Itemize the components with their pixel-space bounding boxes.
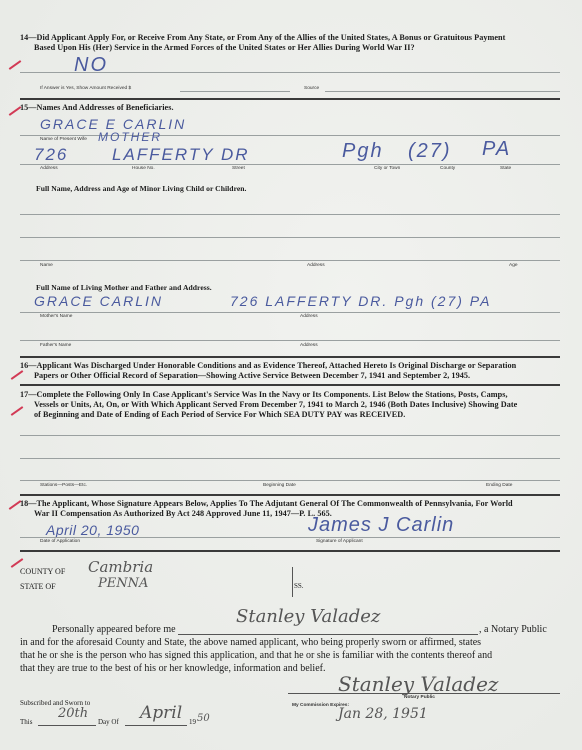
divider (20, 384, 560, 386)
notary-body-line: that he or she is the person who has sig… (20, 649, 565, 662)
q16-text: 16—Applicant Was Discharged Under Honora… (20, 361, 560, 381)
q17-line2: Vessels or Units, At, On, or With Which … (20, 400, 560, 410)
date-label: Date of Application (40, 539, 80, 544)
child-line (20, 237, 560, 238)
this-label: This (20, 718, 32, 726)
state-value: PENNA (98, 576, 148, 591)
county-label: County (440, 166, 455, 171)
street: LAFFERTY DR (112, 145, 250, 165)
source-field[interactable] (325, 91, 560, 92)
q17-line1: 17—Complete the Following Only In Case A… (20, 390, 508, 399)
address-line (20, 164, 560, 165)
city-label: City or Town (374, 166, 400, 171)
q14-line1: 14—Did Applicant Apply For, or Receive F… (20, 33, 505, 42)
service-line (20, 480, 560, 481)
child-line (20, 214, 560, 215)
q14-line2: Based Upon His (Her) Service in the Arme… (20, 43, 560, 53)
father-name-label: Father's Name (40, 343, 71, 348)
applicant-signature: James J Carlin (308, 514, 454, 537)
ss-label: SS. (294, 582, 304, 590)
state-label: STATE OF (20, 582, 56, 591)
notary-signature-line (288, 693, 560, 694)
q14-question: 14—Did Applicant Apply For, or Receive F… (20, 33, 560, 53)
child-address-label: Address (307, 263, 325, 268)
city: Pgh (342, 140, 384, 163)
ending-date-label: Ending Date (486, 483, 512, 488)
stations-label: Stations—Posts—Etc. (40, 483, 87, 488)
child-age-label: Age (509, 263, 518, 268)
notary-public-text: , a Notary Public (479, 623, 547, 636)
state: PA (482, 138, 511, 161)
day-value: 20th (58, 706, 88, 721)
day-of-label: Day Of (98, 718, 119, 726)
parents-title: Full Name of Living Mother and Father an… (36, 283, 212, 293)
beginning-date-label: Beginning Date (263, 483, 296, 488)
check-mark (9, 60, 22, 70)
date-of-application: April 20, 1950 (46, 522, 139, 538)
notary-body: in and for the aforesaid County and Stat… (20, 636, 565, 675)
q17-text: 17—Complete the Following Only In Case A… (20, 390, 560, 420)
house-number: 726 (34, 145, 68, 165)
q16-line1: 16—Applicant Was Discharged Under Honora… (20, 361, 516, 370)
form-page: 14—Did Applicant Apply For, or Receive F… (0, 0, 582, 750)
q18-line1: 18—The Applicant, Whose Signature Appear… (20, 499, 513, 508)
notary-name: Stanley Valadez (236, 606, 380, 627)
county-value: Cambria (88, 558, 153, 576)
month-line (125, 725, 187, 726)
county: (27) (408, 140, 452, 163)
mother-address: 726 LAFFERTY DR. Pgh (27) PA (230, 293, 491, 309)
divider (20, 98, 560, 100)
name-label: Name of Present Wife (40, 137, 87, 142)
signature-label: Signature of Applicant (316, 539, 363, 544)
children-title: Full Name, Address and Age of Minor Livi… (36, 184, 247, 194)
notary-body-line: in and for the aforesaid County and Stat… (20, 636, 565, 649)
appeared-before: Personally appeared before me (52, 623, 176, 636)
year-prefix: 19 (189, 718, 196, 726)
amount-label: If Answer is Yes, Show Amount Received $ (40, 86, 131, 91)
commission-value: Jan 28, 1951 (338, 706, 428, 722)
mother-address-label: Address (300, 314, 318, 319)
day-line (38, 725, 96, 726)
date-line (20, 537, 560, 538)
child-line (20, 260, 560, 261)
service-line (20, 435, 560, 436)
year-value: 50 (197, 713, 210, 724)
q18-line2: War II Compensation As Authorized By Act… (20, 509, 560, 519)
service-line (20, 458, 560, 459)
address-label: Address (40, 166, 58, 171)
month-value: April (140, 703, 182, 723)
county-label: COUNTY OF (20, 567, 65, 576)
q14-answer-line (20, 72, 560, 73)
father-address-label: Address (300, 343, 318, 348)
q14-answer: NO (74, 54, 108, 77)
child-name-label: Name (40, 263, 53, 268)
divider (20, 356, 560, 358)
divider (20, 494, 560, 496)
mother-name-label: Mother's Name (40, 314, 72, 319)
ss-bracket (292, 567, 293, 597)
amount-field[interactable] (180, 91, 290, 92)
father-line (20, 340, 560, 341)
divider (20, 550, 560, 552)
notary-public-label: Notary Public (404, 695, 435, 700)
state-label: State (500, 166, 511, 171)
mother-line (20, 312, 560, 313)
street-label: Street (232, 166, 245, 171)
mother-name: GRACE CARLIN (34, 293, 163, 309)
q16-line2: Papers or Other Official Record of Separ… (20, 371, 560, 381)
q18-text: 18—The Applicant, Whose Signature Appear… (20, 499, 560, 519)
beneficiary-relation: MOTHER (98, 130, 162, 144)
q17-line3: of Beginning and Date of Ending of Each … (20, 410, 560, 420)
notary-name-line (178, 634, 478, 635)
source-label: Source (304, 86, 319, 91)
q15-title: 15—Names And Addresses of Beneficiaries. (20, 103, 174, 113)
house-no-label: House No. (132, 166, 155, 171)
